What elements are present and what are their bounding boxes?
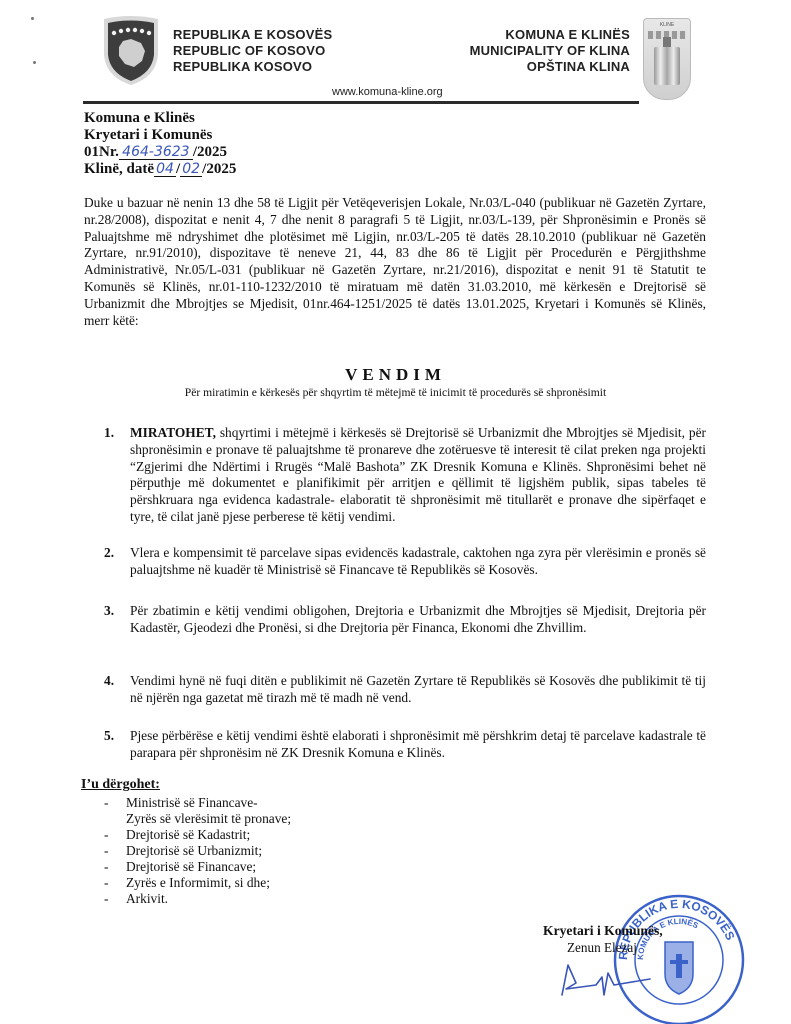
distribution-item: Zyrës së vlerësimit të pronave; (104, 811, 291, 827)
item-text: Vlera e kompensimit të parcelave sipas e… (130, 545, 706, 579)
document-date: Klinë, datë04/02/2025 (84, 161, 236, 178)
distribution-item: -Drejtorisë së Kadastrit; (104, 827, 291, 843)
decision-subtitle: Për miratimin e kërkesës për shqyrtim të… (0, 386, 791, 399)
institution-name: Komuna e Klinës (84, 110, 236, 127)
scan-mark (31, 17, 34, 20)
decision-item: 1. MIRATOHET, shqyrtimi i mëtejmë i kërk… (104, 425, 706, 526)
item-number: 4. (104, 673, 114, 690)
reference-number: 01Nr.464-3623/2025 (84, 144, 236, 161)
distribution-item: -Zyrës e Informimit, si dhe; (104, 875, 291, 891)
date-month-handwritten: 02 (180, 162, 202, 177)
decision-item: 3. Për zbatimin e këtij vendimi obligohe… (104, 603, 706, 637)
scan-mark (33, 61, 36, 64)
header-state-name-sq: REPUBLIKA E KOSOVËS (173, 27, 332, 43)
document-meta: Komuna e Klinës Kryetari i Komunës 01Nr.… (84, 110, 236, 178)
item-number: 1. (104, 425, 114, 442)
date-day-handwritten: 04 (154, 162, 176, 177)
item-number: 2. (104, 545, 114, 562)
header-municipality-name-en: MUNICIPALITY OF KLINA (440, 43, 630, 59)
item-text: shqyrtimi i mëtejmë i kërkesës së Drejto… (130, 425, 706, 524)
header-divider (83, 101, 639, 104)
item-lead: MIRATOHET, (130, 425, 216, 440)
handwritten-signature-icon (558, 955, 653, 1005)
klina-municipality-emblem-icon: KLINE (643, 18, 691, 100)
header-municipality-names: KOMUNA E KLINËS MUNICIPALITY OF KLINA OP… (440, 27, 630, 75)
emblem-waterfall-icon (654, 47, 680, 85)
reference-suffix: /2025 (193, 144, 227, 160)
item-text: Për zbatimin e këtij vendimi obligohen, … (130, 603, 706, 637)
municipality-website: www.komuna-kline.org (332, 86, 443, 98)
distribution-item: -Arkivit. (104, 891, 291, 907)
distribution-item: -Ministrisë së Financave- (104, 795, 291, 811)
item-number: 3. (104, 603, 114, 620)
header-state-name-sr: REPUBLIKA KOSOVO (173, 59, 332, 75)
distribution-title: I’u dërgohet: (81, 777, 160, 793)
decision-title: VENDIM (0, 365, 791, 385)
distribution-item: -Drejtorisë së Urbanizmit; (104, 843, 291, 859)
kosovo-coat-of-arms-icon (101, 15, 161, 87)
emblem-caption: KLINE (644, 22, 690, 28)
distribution-item: -Drejtorisë së Financave; (104, 859, 291, 875)
reference-handwritten: 464-3623 (119, 145, 193, 160)
item-text: Pjese përbërëse e këtij vendimi është el… (130, 728, 706, 762)
header-municipality-name-sr: OPŠTINA KLINA (440, 59, 630, 75)
item-number: 5. (104, 728, 114, 745)
decision-item: 5. Pjese përbërëse e këtij vendimi është… (104, 728, 706, 762)
header-municipality-name-sq: KOMUNA E KLINËS (440, 27, 630, 43)
signatory-name: Zenun Elezaj (567, 940, 637, 956)
reference-prefix: 01Nr. (84, 144, 119, 160)
header-state-name-en: REPUBLIC OF KOSOVO (173, 43, 332, 59)
legal-basis-paragraph: Duke u bazuar në nenin 13 dhe 58 të Ligj… (84, 195, 706, 329)
distribution-list: -Ministrisë së Financave- Zyrës së vlerë… (104, 795, 291, 907)
date-prefix: Klinë, datë (84, 161, 154, 177)
office-name: Kryetari i Komunës (84, 127, 236, 144)
decision-item: 4. Vendimi hynë në fuqi ditën e publikim… (104, 673, 706, 707)
decision-item: 2. Vlera e kompensimit të parcelave sipa… (104, 545, 706, 579)
date-suffix: /2025 (202, 161, 236, 177)
item-text: Vendimi hynë në fuqi ditën e publikimit … (130, 673, 706, 707)
document-page: REPUBLIKA E KOSOVËS REPUBLIC OF KOSOVO R… (0, 0, 791, 1024)
header-state-names: REPUBLIKA E KOSOVËS REPUBLIC OF KOSOVO R… (173, 27, 332, 75)
signatory-title: Kryetari i Komunës, (543, 923, 663, 939)
